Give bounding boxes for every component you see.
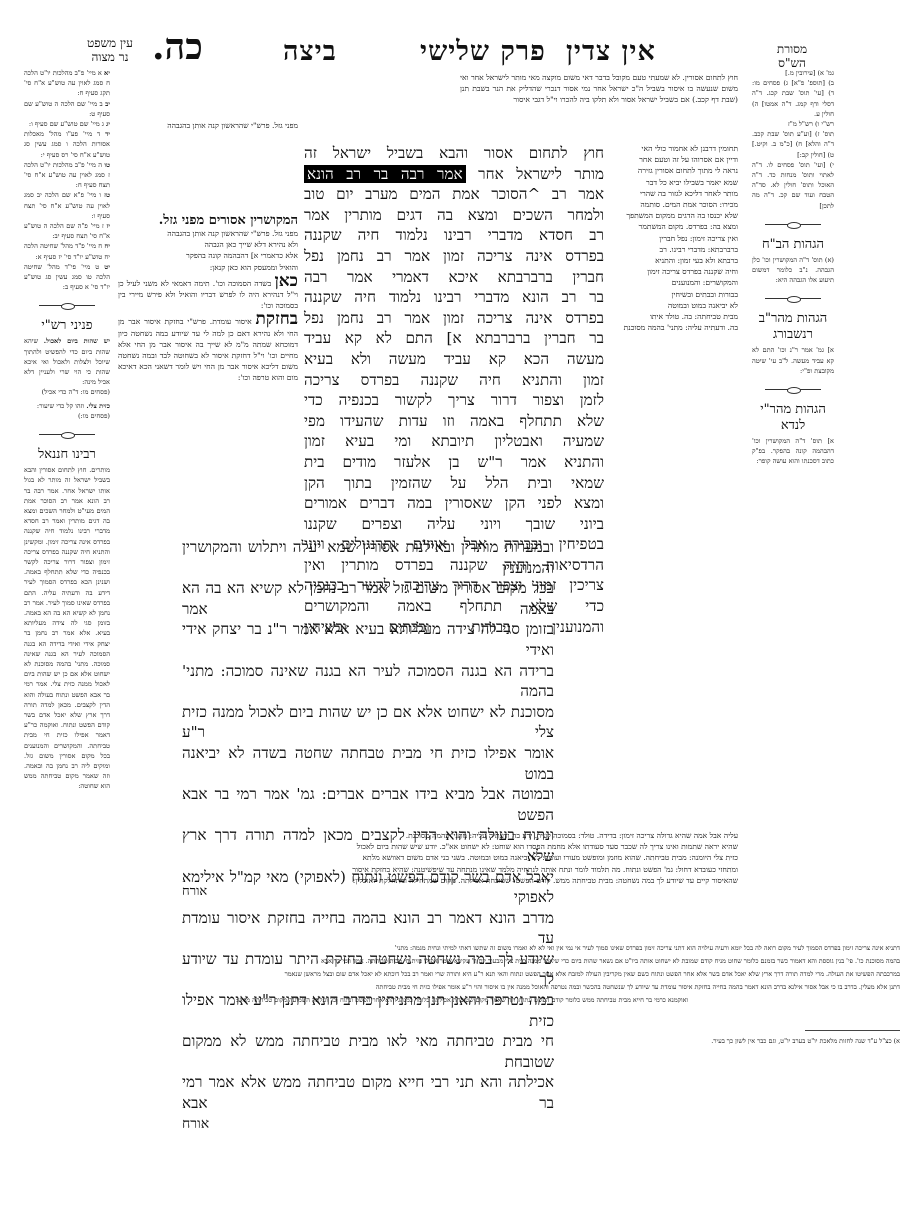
rashi-line: ברברבתא: מדברי רבינו. רב — [610, 244, 738, 255]
ein-mishpat-entry: יח ח מיי' פ"ד מהל' שחיטה הלכה יח טוש"ע י… — [24, 241, 110, 261]
ein-mishpat-entry: יב ב מיי' שם הלכה ה טוש"ע שם סעיף ט: — [24, 99, 110, 119]
rashi-line: ומצא בה: בפרדס. מקום המשתמר — [610, 221, 738, 232]
gemara-line: מסוכנת לא ישחוט אלא אם כן יש שהות ביום ל… — [182, 702, 554, 743]
rashi-line: ברבתא ולא בעי זמון: והתניא — [610, 255, 738, 266]
ein-mishpat-entry: יד ד מיי' פע"ו מהל' מאכלות אסורות הלכה ו… — [24, 129, 110, 160]
gemara-line: בפרדס אינה צריכה זמון אמר רב נחמן נפל — [304, 246, 604, 267]
gemara-line: אמר רב ^הסוכר אמת המים מערב יום טוב — [304, 184, 604, 205]
gemara-line: בזומן סגי לה צידה מעליותא בעיא אלא אמר ר… — [182, 619, 554, 660]
ornament-divider-icon — [24, 429, 110, 440]
gemara-line: רב חסדא מדברי רבינו נלמוד חיה שקננה — [304, 225, 604, 246]
tosafot-section: כאן בשדה הסמוכה וכו'. תימה דאמאי לא משני… — [118, 276, 298, 312]
rashi-line: בה. ודעתיה עליה: מתני' בהמה מסוכנת — [610, 322, 738, 333]
ein-mishpat-entry: יט ט מיי' פי"ד מהל' שחיטה הלכה טו סמג עש… — [24, 262, 110, 293]
gemara-line: חוץ לתחום אסור והבא בשביל ישראל זה — [304, 143, 604, 164]
gemara-line: בכל מקום אסורין משום גזל אמר רב נחמן לא … — [182, 578, 554, 619]
ornament-divider-icon — [24, 300, 110, 311]
ein-mishpat-entry: יא א מיי' פ"ב מהלכות יו"ט הלכה ח סמג לאו… — [24, 68, 110, 99]
masoret-entry: ב) [תוספ' פ"א] ג) פסחים מו: ד) [עי' תוס'… — [752, 78, 834, 119]
rashi-line: שהיא יראה שתמות ואינו צריך לה שכבר סעד ס… — [182, 841, 738, 852]
rashi-line: מכירו: הסוכר אמת המים. סותמה — [610, 199, 738, 210]
rashi-line: ואין צריכה זימון: נפל חברין — [610, 233, 738, 244]
gemara-line: ולמחר השכים ומצא בה דגים מותרין אמר — [304, 205, 604, 226]
masoret-entry: רש"י ו) רש"ל מ"ז — [752, 119, 834, 129]
masoret-entry: גמ' א) [עירובין מ.] — [752, 68, 834, 78]
masoret-title: מסורת — [762, 42, 822, 56]
hagahot-gra-text: א] תוס' ד"ה המקושרין וכו' דהבהמה קונה בה… — [752, 436, 834, 467]
gemara-line: ומצא לפני הקן שאסורין במה דברים אמורים — [304, 493, 604, 514]
rashi-intro: חוץ לתחום אסורין. לא שמעתי טעם מקובל בדב… — [460, 72, 738, 106]
tosafot-column: מפני גזל. פרש"י שהראשון קנה אותן בהגבהה … — [118, 120, 298, 384]
gemara-line: ברידה הא בגנה הסמוכה לעיר הא בגנה שאינה … — [182, 661, 554, 702]
footer-line: בהמה מסוכנת כו'. פי' בנין גוססת והא דאמו… — [24, 955, 900, 968]
rashi-line: תחומין דרבנן לא אחמור כולי האי — [610, 143, 738, 154]
rashi-line: מותר לאחר דליכא לגזור בה שהרי — [610, 188, 738, 199]
tosafot-dibbur-hamatchil: המקושרין אסורים מפני גזל. — [118, 212, 298, 228]
gemara-line: ביוני שובך ויוני עליה וצפרים שקננו — [304, 514, 604, 535]
gemara-catchword: אורח — [182, 1114, 554, 1135]
tosafot-text: מפני גזל. פרש"י שהראשון קנה אותן בהגבהה … — [118, 228, 298, 273]
highlighted-phrase[interactable]: אמר רבה בר רב הונא — [304, 165, 466, 183]
hagahot-bach-title: הגהות הב"ח — [752, 236, 834, 252]
daf-number: כה. — [152, 26, 203, 68]
ein-mishpat-entry: יג ג מיי' שם טוש"ע שם סעיף ו: — [24, 119, 110, 129]
gemara-line: חברין ברברבתא איכא דאמרי אמר רבה — [304, 267, 604, 288]
penini-rashi-entry: יש שהות ביום לאכול. שיהא שהות ביום כדי ל… — [24, 336, 110, 397]
gemara-line: ובמערות מותרין ובאילנות אסורין שמא יעלה … — [182, 537, 554, 578]
perek-number: פרק שלישי — [420, 36, 546, 67]
rashi-line: נראה לי מתוך לתחום אסורין גזירה — [610, 165, 738, 176]
rashi-line: ודיין אם אסרוהו על זה וטעם אחר — [610, 154, 738, 165]
rashi-line: לא יביאנה במוט ובמוטה — [610, 300, 738, 311]
ein-mishpat-entry: טו ה מיי' פ"ב מהלכות יו"ט הלכה ז סמג לאו… — [24, 160, 110, 191]
gemara-line: שמאי ובית הלל על שהזמין בתוך הקן — [304, 473, 604, 494]
tosafot-section: בחזקת איסור עומדת. פרש"י בחזקת איסור אבר… — [118, 314, 298, 383]
penini-rashi-title: פניני רש"י — [24, 317, 110, 333]
gemara-line: זמון והתניא חיה שקננה בפרדס צריכה — [304, 370, 604, 391]
perek-name: אין צדין — [566, 36, 656, 67]
masoret-entry: תוס' ז) [וע"ע תוס' שבת קכב. ד"ה והלא] ח)… — [752, 129, 834, 160]
ein-mishpat-entry: טז ו מיי' פ"א שם הלכה יב סמג לאוין עה טו… — [24, 190, 110, 221]
penini-rashi-entry: כזית צלי. וזהו קל כדי שיעור: (פסחים מו:) — [24, 401, 110, 421]
footer-line: ואוקמנא כרמי בר חייא מבית טביחתה ממש כלו… — [24, 994, 900, 1007]
gemara-line: ובמוטה אבל מביא בידו אברים אברים: גמ' אמ… — [182, 784, 554, 825]
gemara-line: אכילתה והא תני רבי חייא מקום טביחתה ממש … — [182, 1072, 554, 1113]
rashi-line: שלא יכנסו בה הדגים ממקום המשתפך — [610, 210, 738, 221]
hagahot-rans-title: הגהות מהר"ב רנשבורג — [752, 310, 834, 342]
ner-mitzvah-title: נר מצוה — [80, 50, 140, 64]
ein-mishpat-entry: יז ז מיי' פ"ה שם הלכה ה טוש"ע א"ח סי' תצ… — [24, 221, 110, 241]
rashi-line: מבית טביחתה: בה. טולד איתו — [610, 311, 738, 322]
gemara-line: מעשה הכא קא עביד מעשה ולא בעיא — [304, 349, 604, 370]
ornament-divider-icon — [752, 219, 834, 230]
masoret-entry: י) [ועי' תוס' פסחים לו. ד"ה לאתוי ותוס' … — [752, 160, 834, 211]
tosafot-intro: מפני גזל. פרש"י שהראשון קנה אותן בהגבהה — [118, 120, 298, 212]
masoret-hashas-heading: מסורת הש"ס — [762, 42, 822, 70]
rashi-line: שמא יאמר בשבילו יביא כל דבר — [610, 177, 738, 188]
ein-mishpat-column: יא א מיי' פ"ב מהלכות יו"ט הלכה ח סמג לאו… — [24, 68, 110, 792]
rashi-catchword: אורח — [182, 886, 738, 897]
rashi-line: בבורות ובבתים ובשיחין — [610, 289, 738, 300]
gemara-line: והתניא אמר ר"ש בן אלעזר מודים בית — [304, 452, 604, 473]
rashi-line: וחיה שקננה בפרדס צריכה זימון — [610, 266, 738, 277]
hagahot-bach-text: (א) תוס' ד"ה המקושרין וכו' כלן הגבהה. נ"… — [752, 255, 834, 286]
footer-commentary: דתניא אינה צריכה זימון בפרדס הסמוך לעיר … — [24, 942, 900, 1007]
footer-line: במרכבתה הפשיטו את העולה. מרי למדה תורה ד… — [24, 968, 900, 981]
footer-line: דתנן אלא מעלין. בדרב בו כי אבל אסור אילנ… — [24, 981, 900, 994]
rabbeinu-chananel-text: מותרים. חוץ לתחום אסורין והבא בשביל ישרא… — [24, 465, 110, 792]
rashi-bottom: עליה אבל אמה שהיא גדולה צריכה זימון: בדי… — [182, 830, 738, 897]
footnote: א) כצ"ל ע"ד שנה לחזות מלאכת יו"ט בערב יו… — [330, 1035, 900, 1048]
rashi-line: והמקושרים: והמנוענים — [610, 277, 738, 288]
gemara-line: לזמן וצפור דרור צריך לקשור בכנפיה כדי — [304, 390, 604, 411]
gemara-line: שמעיה ואבטליון תיובתא ומי בעיא זמון — [304, 431, 604, 452]
hagahot-gra-title: הגהות מהר"י לנדא — [752, 401, 834, 433]
gemara-line: אומר אפילו כזית חי מבית טבחתה שחטה בשדה … — [182, 743, 554, 784]
rashi-line: כזית צלי היומנה: מבית טביחתה. שהוא מוזמן… — [182, 852, 738, 863]
rashi-column: תחומין דרבנן לא אחמור כולי האי ודיין אם … — [610, 143, 738, 333]
gemara-line: מותר לישראל אחר אמר רבה בר רב הונא — [304, 164, 604, 185]
rashi-line: ומתחזי כעובדא דחול: גמ' הפשט ונתוח. מה ת… — [182, 864, 738, 875]
gemara-line: בר חברין ברברבתא א] התם לא קא עביד — [304, 328, 604, 349]
ornament-divider-icon — [752, 384, 834, 395]
ornament-divider-icon — [752, 293, 834, 304]
masechet-title: ביצה — [283, 36, 337, 67]
gemara-line: שלא תתחלף באמה וזו עדות שהעידו מפי — [304, 411, 604, 432]
rashi-line: עליה אבל אמה שהיא גדולה צריכה זימון: בדי… — [182, 830, 738, 841]
gemara-line: בפרדס אינה צריכה זמון אמר רב נחמן נפל — [304, 308, 604, 329]
ein-mishpat-heading: עין משפט נר מצוה — [80, 36, 140, 64]
masoret-column: גמ' א) [עירובין מ.] ב) [תוספ' פ"א] ג) פס… — [752, 68, 834, 467]
hagahot-rans-text: א] גמ' אמר ר"נ וכו' התם לא קא עביד מעשה.… — [752, 345, 834, 376]
ein-mishpat-title: עין משפט — [80, 36, 140, 50]
rashi-line: שהאיסור קיים עד שיודע לך במה נשחטה: מבית… — [182, 875, 738, 886]
footer-line: דתניא אינה צריכה זימון בפרדס הסמוך לעיר … — [24, 942, 900, 955]
gemara-line: בר רב הונא מדברי רבינו נלמוד חיה שקננה — [304, 287, 604, 308]
rabbeinu-chananel-title: רבינו חננאל — [24, 446, 110, 462]
footnote-rule — [805, 1030, 900, 1031]
